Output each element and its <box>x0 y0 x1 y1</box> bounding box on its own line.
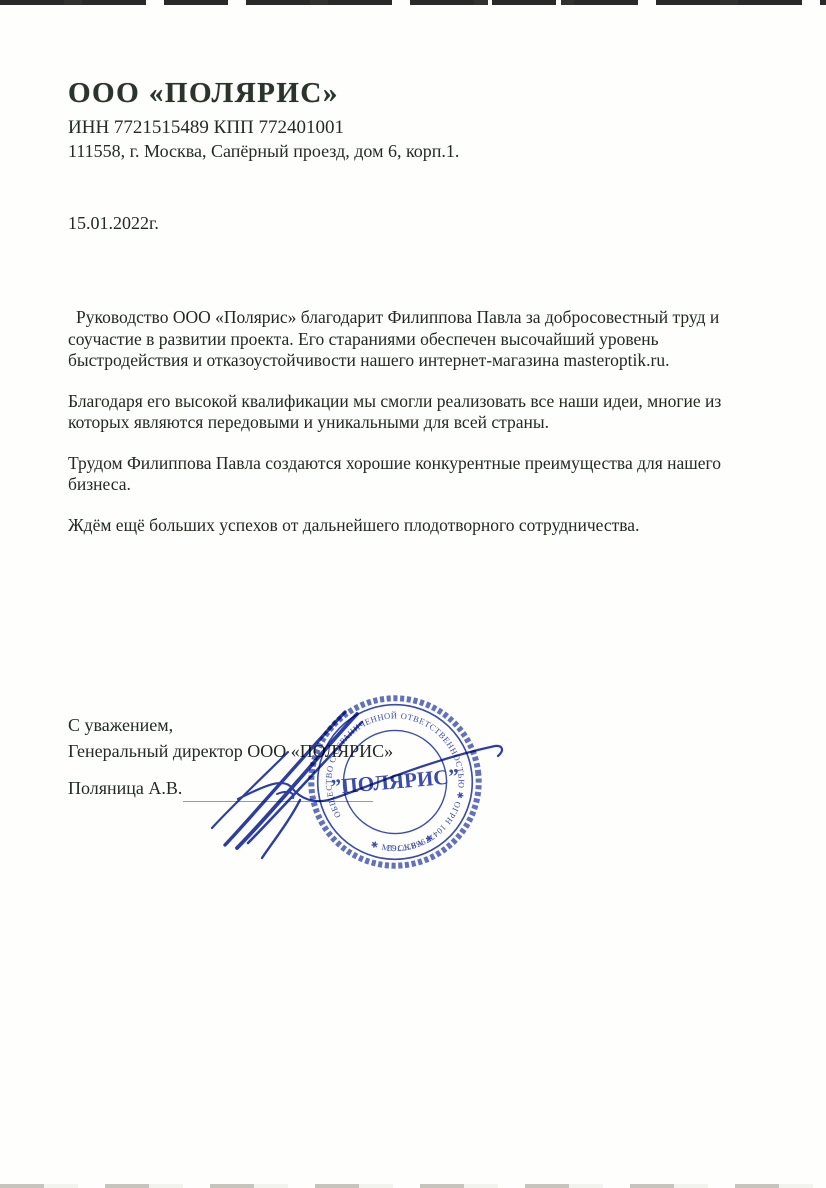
scan-artifact-top <box>0 0 826 5</box>
scanned-letter-page: ООО «ПОЛЯРИС» ИНН 7721515489 КПП 7724010… <box>0 0 826 1188</box>
paragraph-3: Трудом Филиппова Павла создаются хорошие… <box>68 453 752 496</box>
handwritten-signature <box>165 698 510 863</box>
letterhead: ООО «ПОЛЯРИС» ИНН 7721515489 КПП 7724010… <box>68 74 459 163</box>
paragraph-2: Благодаря его высокой квалификации мы см… <box>68 391 752 434</box>
paragraph-4: Ждём ещё больших успехов от дальнейшего … <box>68 515 752 537</box>
address-line: 111558, г. Москва, Сапёрный проезд, дом … <box>68 140 459 163</box>
scan-artifact-bottom <box>0 1184 826 1188</box>
letter-date: 15.01.2022г. <box>68 213 159 234</box>
paragraph-1: Руководство ООО «Полярис» благодарит Фил… <box>68 307 752 372</box>
inn-kpp-line: ИНН 7721515489 КПП 772401001 <box>68 116 459 140</box>
company-name: ООО «ПОЛЯРИС» <box>68 74 459 112</box>
letter-body: Руководство ООО «Полярис» благодарит Фил… <box>68 307 752 555</box>
